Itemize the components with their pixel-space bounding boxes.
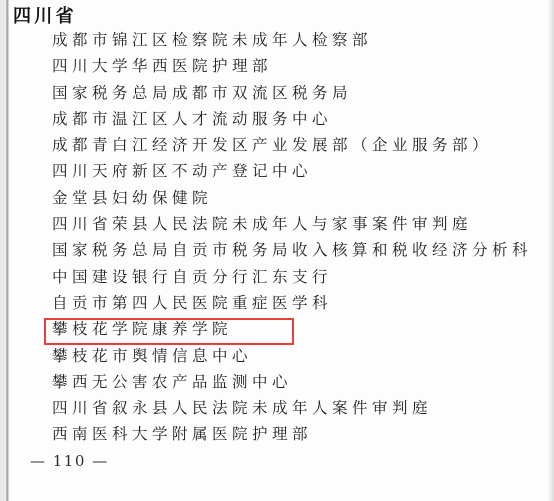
organization-list: 成都市锦江区检察院未成年人检察部四川大学华西医院护理部国家税务总局成都市双流区税… <box>52 27 532 448</box>
page-right-edge <box>547 0 554 501</box>
organization-item: 四川省叙永县人民法院未成年人案件审判庭 <box>52 395 532 421</box>
organization-item: 西南医科大学附属医院护理部 <box>52 421 532 447</box>
organization-item: 成都青白江经济开发区产业发展部（企业服务部） <box>52 132 532 158</box>
organization-item: 四川省荣县人民法院未成年人与家事案件审判庭 <box>52 211 532 237</box>
organization-item: 攀枝花学院康养学院 <box>52 316 532 342</box>
organization-item: 成都市锦江区检察院未成年人检察部 <box>52 27 532 53</box>
province-header: 四川省 <box>13 2 77 28</box>
organization-item: 攀西无公害农产品监测中心 <box>52 369 532 395</box>
organization-item: 国家税务总局成都市双流区税务局 <box>52 80 532 106</box>
document-page: 四川省 成都市锦江区检察院未成年人检察部四川大学华西医院护理部国家税务总局成都市… <box>0 0 554 501</box>
organization-item: 四川大学华西医院护理部 <box>52 53 532 79</box>
organization-item: 中国建设银行自贡分行汇东支行 <box>52 264 532 290</box>
organization-item: 四川天府新区不动产登记中心 <box>52 158 532 184</box>
organization-item: 成都市温江区人才流动服务中心 <box>52 106 532 132</box>
page-number: — 110 — <box>30 452 109 470</box>
organization-item: 自贡市第四人民医院重症医学科 <box>52 290 532 316</box>
organization-item: 攀枝花市舆情信息中心 <box>52 343 532 369</box>
organization-item: 金堂县妇幼保健院 <box>52 185 532 211</box>
page-left-edge <box>0 0 9 501</box>
organization-item: 国家税务总局自贡市税务局收入核算和税收经济分析科 <box>52 237 532 263</box>
